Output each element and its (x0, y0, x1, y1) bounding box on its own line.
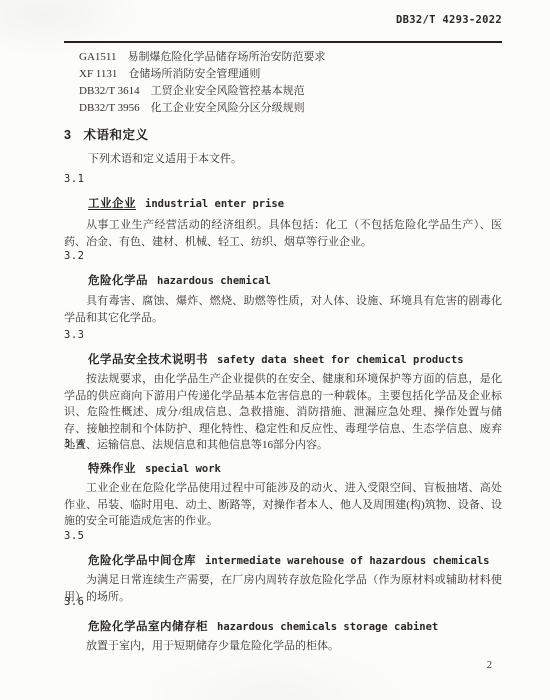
term-title: 特殊作业special work (64, 459, 502, 477)
term-number: 3.4 (64, 438, 502, 450)
term-zh: 化学品安全技术说明书 (88, 354, 208, 366)
references-list: GA1511易制爆危险化学品储存场所治安防范要求 XF 1131仓储场所消防安全… (64, 49, 502, 117)
term-en: safety data sheet for chemical products (217, 354, 464, 366)
page-header: DB32/T 4293-2022 (64, 14, 502, 26)
term-en: intermediate warehouse of hazardous chem… (205, 555, 489, 567)
standard-code: DB32/T 4293-2022 (396, 14, 502, 26)
reference-title: 工贸企业安全风险管控基本规范 (151, 85, 305, 97)
term-en: special work (145, 463, 221, 475)
term-title: 危险化学品室内储存柜hazardous chemicals storage ca… (64, 617, 502, 635)
term-title: 危险化学品中间仓库intermediate warehouse of hazar… (64, 551, 502, 569)
section-intro: 下列术语和定义适用于本文件。 (64, 150, 502, 166)
term-en: hazardous chemicals storage cabinet (217, 621, 438, 633)
term-zh: 危险化学品中间仓库 (88, 555, 196, 567)
reference-item: XF 1131仓储场所消防安全管理通则 (79, 66, 502, 83)
reference-title: 易制爆危险化学品储存场所治安防范要求 (127, 51, 325, 63)
reference-code: DB32/T 3614 (79, 83, 140, 100)
reference-item: DB32/T 3614工贸企业安全风险管控基本规范 (79, 83, 502, 100)
term-definition: 具有毒害、腐蚀、爆炸、燃烧、助燃等性质，对人体、设施、环境具有危害的剧毒化学品和… (64, 293, 502, 326)
document-page: DB32/T 4293-2022 GA1511易制爆危险化学品储存场所治安防范要… (0, 0, 550, 700)
reference-code: GA1511 (79, 49, 116, 66)
section-number: 3 (64, 128, 71, 142)
term-number: 3.1 (64, 173, 502, 185)
term-title: 化学品安全技术说明书safety data sheet for chemical… (64, 350, 502, 368)
term-zh: 特殊作业 (88, 463, 136, 475)
term-en: hazardous chemical (157, 275, 271, 287)
term-definition: 从事工业生产经营活动的经济组织。具体包括：化工（不包括危险化学品生产）、医药、冶… (64, 217, 502, 250)
term-number: 3.3 (64, 329, 502, 341)
header-rule (64, 41, 502, 43)
term-title: 工业企业industrial enter prise (64, 194, 502, 212)
term-definition: 工业企业在危险化学品使用过程中可能涉及的动火、进入受限空间、盲板抽堵、高处作业、… (64, 480, 502, 530)
reference-item: DB32/T 3956化工企业安全风险分区分级规则 (79, 100, 502, 117)
term-number: 3.6 (64, 596, 502, 608)
term-title: 危险化学品hazardous chemical (64, 271, 502, 289)
term-number: 3.5 (64, 530, 502, 542)
term-zh: 危险化学品 (88, 275, 148, 287)
reference-title: 仓储场所消防安全管理通则 (128, 68, 260, 80)
reference-title: 化工企业安全风险分区分级规则 (151, 102, 305, 114)
term-number: 3.2 (64, 250, 502, 262)
term-zh: 工业企业 (88, 198, 136, 210)
term-zh: 危险化学品室内储存柜 (88, 621, 208, 633)
section-title: 术语和定义 (83, 128, 148, 142)
reference-code: XF 1131 (79, 66, 117, 83)
term-definition: 放置于室内，用于短期储存少量危险化学品的柜体。 (64, 638, 502, 655)
section-heading: 3术语和定义 (64, 125, 502, 143)
page-number: 2 (64, 660, 492, 671)
reference-item: GA1511易制爆危险化学品储存场所治安防范要求 (79, 49, 502, 66)
term-en: industrial enter prise (145, 198, 284, 210)
reference-code: DB32/T 3956 (79, 100, 140, 117)
